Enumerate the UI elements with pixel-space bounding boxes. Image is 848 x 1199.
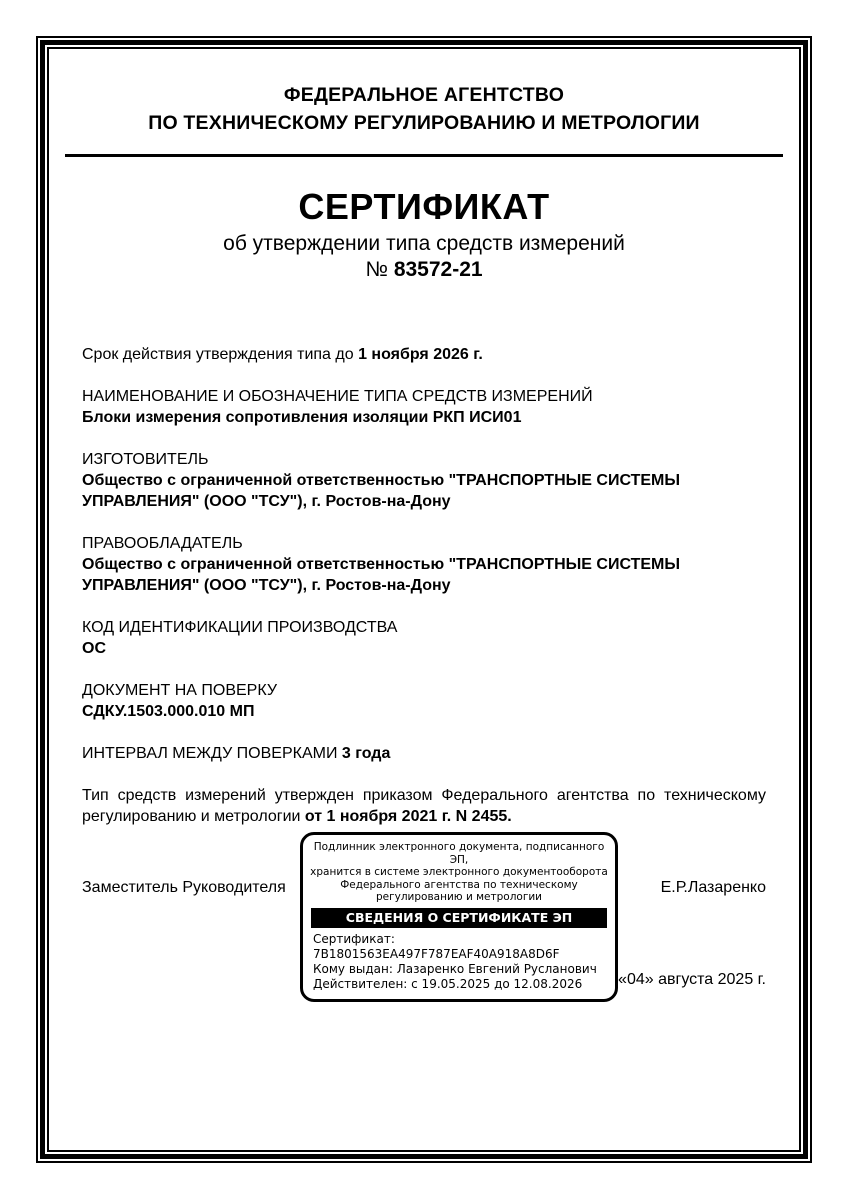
stamp-validity-line: Действителен: с 19.05.2025 до 12.08.2026 <box>313 977 609 992</box>
interval-line: ИНТЕРВАЛ МЕЖДУ ПОВЕРКАМИ 3 года <box>82 743 766 764</box>
validity-line: Срок действия утверждения типа до 1 нояб… <box>82 344 766 365</box>
stamp-issued-to-line: Кому выдан: Лазаренко Евгений Русланович <box>313 962 609 977</box>
certificate-frame-mid: ФЕДЕРАЛЬНОЕ АГЕНТСТВО ПО ТЕХНИЧЕСКОМУ РЕ… <box>40 40 808 1159</box>
field-label: НАИМЕНОВАНИЕ И ОБОЗНАЧЕНИЕ ТИПА СРЕДСТВ … <box>82 386 766 407</box>
validity-text: Срок действия утверждения типа до <box>82 346 354 363</box>
certificate-number-value: 83572-21 <box>394 258 483 281</box>
certificate-number-prefix: № <box>365 258 388 281</box>
certificate-subtitle: об утверждении типа средств измерений <box>65 231 783 257</box>
field-label: ПРАВООБЛАДАТЕЛЬ <box>82 533 766 554</box>
field-rights-holder: ПРАВООБЛАДАТЕЛЬ Общество с ограниченной … <box>82 533 766 596</box>
field-value: Общество с ограниченной ответственностью… <box>82 554 766 596</box>
field-label: ИЗГОТОВИТЕЛЬ <box>82 449 766 470</box>
certificate-body: Срок действия утверждения типа до 1 нояб… <box>82 344 766 990</box>
agency-header-line1: ФЕДЕРАЛЬНОЕ АГЕНТСТВО <box>65 81 783 109</box>
certificate-title: СЕРТИФИКАТ <box>65 185 783 229</box>
stamp-header-line4: регулированию и метрологии <box>309 891 609 904</box>
field-label: ДОКУМЕНТ НА ПОВЕРКУ <box>82 680 766 701</box>
field-name-designation: НАИМЕНОВАНИЕ И ОБОЗНАЧЕНИЕ ТИПА СРЕДСТВ … <box>82 386 766 428</box>
certificate-frame-inner: ФЕДЕРАЛЬНОЕ АГЕНТСТВО ПО ТЕХНИЧЕСКОМУ РЕ… <box>47 47 801 1152</box>
field-production-code: КОД ИДЕНТИФИКАЦИИ ПРОИЗВОДСТВА ОС <box>82 617 766 659</box>
agency-header-line2: ПО ТЕХНИЧЕСКОМУ РЕГУЛИРОВАНИЮ И МЕТРОЛОГ… <box>65 109 783 137</box>
field-verification-document: ДОКУМЕНТ НА ПОВЕРКУ СДКУ.1503.000.010 МП <box>82 680 766 722</box>
approval-paragraph: Тип средств измерений утвержден приказом… <box>82 785 766 827</box>
field-value: Общество с ограниченной ответственностью… <box>82 470 766 512</box>
stamp-header-line3: Федерального агентства по техническому <box>309 879 609 892</box>
stamp-header-line2: хранится в системе электронного документ… <box>309 866 609 879</box>
signer-position: Заместитель Руководителя <box>82 877 286 898</box>
field-value: СДКУ.1503.000.010 МП <box>82 701 766 722</box>
stamp-title-bar: СВЕДЕНИЯ О СЕРТИФИКАТЕ ЭП <box>311 908 607 928</box>
field-manufacturer: ИЗГОТОВИТЕЛЬ Общество с ограниченной отв… <box>82 449 766 512</box>
header-divider <box>65 154 783 157</box>
certificate-frame: ФЕДЕРАЛЬНОЕ АГЕНТСТВО ПО ТЕХНИЧЕСКОМУ РЕ… <box>36 36 812 1163</box>
interval-value: 3 года <box>342 745 390 762</box>
signature-row: Заместитель Руководителя Подлинник элект… <box>82 827 766 961</box>
approval-order-value: от 1 ноября 2021 г. N 2455. <box>305 808 512 825</box>
validity-value: 1 ноября 2026 г. <box>358 346 483 363</box>
signer-name: Е.Р.Лазаренко <box>661 877 766 898</box>
certificate-page: ФЕДЕРАЛЬНОЕ АГЕНТСТВО ПО ТЕХНИЧЕСКОМУ РЕ… <box>0 0 848 1199</box>
agency-header: ФЕДЕРАЛЬНОЕ АГЕНТСТВО ПО ТЕХНИЧЕСКОМУ РЕ… <box>65 81 783 137</box>
digital-signature-stamp: Подлинник электронного документа, подпис… <box>300 832 618 1002</box>
stamp-details: Сертификат: 7B1801563EA497F787EAF40A918A… <box>309 932 609 992</box>
interval-label: ИНТЕРВАЛ МЕЖДУ ПОВЕРКАМИ <box>82 745 337 762</box>
field-value: Блоки измерения сопротивления изоляции Р… <box>82 407 766 428</box>
field-value: ОС <box>82 638 766 659</box>
stamp-certificate-line: Сертификат: 7B1801563EA497F787EAF40A918A… <box>313 932 609 962</box>
title-block: СЕРТИФИКАТ об утверждении типа средств и… <box>65 185 783 283</box>
field-label: КОД ИДЕНТИФИКАЦИИ ПРОИЗВОДСТВА <box>82 617 766 638</box>
stamp-header: Подлинник электронного документа, подпис… <box>309 841 609 904</box>
certificate-number: № 83572-21 <box>65 257 783 283</box>
stamp-header-line1: Подлинник электронного документа, подпис… <box>309 841 609 866</box>
